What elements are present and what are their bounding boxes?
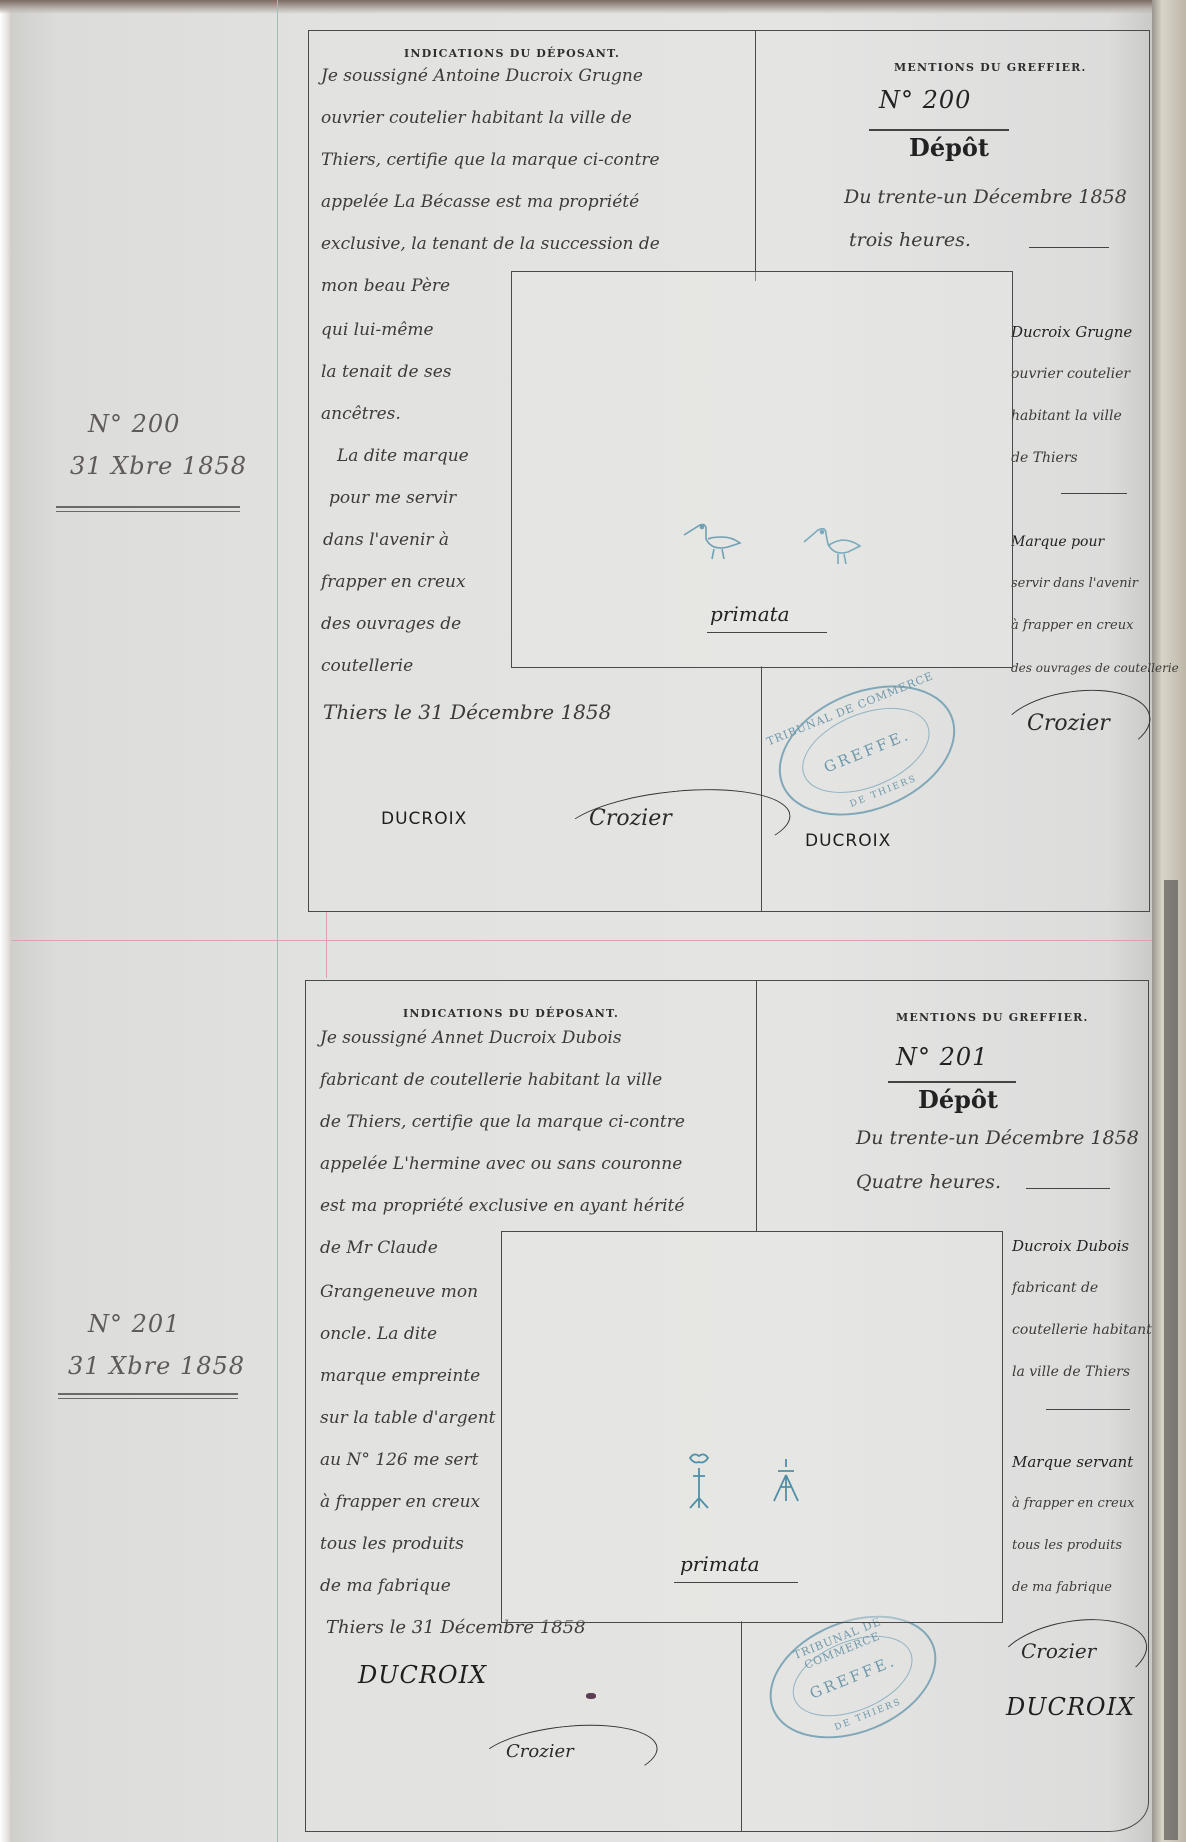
depositor-line: Thiers, certifie que la marque ci-contre <box>321 139 660 181</box>
clerk-note-line: ouvrier coutelier <box>1011 353 1130 395</box>
clerk-entry-number: N° 200 <box>879 86 971 114</box>
clerk-note-line: coutellerie habitant <box>1012 1309 1152 1351</box>
page-top-edge <box>0 0 1186 14</box>
depositor-line: la tenait de ses <box>321 351 451 393</box>
clerk-note-line: Marque servant <box>1012 1441 1133 1483</box>
entry-frame: INDICATIONS DU DÉPOSANT. MENTIONS DU GRE… <box>305 980 1149 1832</box>
margin-underline <box>56 506 240 508</box>
clerk-title: Dépôt <box>918 1085 998 1114</box>
mark-impression-box: primata <box>511 271 1013 668</box>
margin-rule-vertical <box>277 0 278 1842</box>
clerk-note-line: de ma fabrique <box>1012 1567 1112 1609</box>
clerk-note-divider <box>1046 1409 1130 1410</box>
mark-caption: primata <box>680 1552 760 1576</box>
clerk-note-line: Ducroix Dubois <box>1012 1225 1129 1267</box>
clerk-note-line: à frapper en creux <box>1011 605 1133 647</box>
clerk-date-line: Du trente-un Décembre 1858 <box>844 176 1127 218</box>
depositor-line: exclusive, la tenant de la succession de <box>321 223 660 265</box>
column-divider-bottom <box>761 666 762 911</box>
clerk-signature: Crozier <box>1021 1639 1096 1663</box>
depositor-line: à frapper en creux <box>320 1481 480 1523</box>
depositor-line: coutellerie <box>321 645 413 687</box>
depositor-line: est ma propriété exclusive en ayant héri… <box>320 1185 684 1227</box>
clerk-header: MENTIONS DU GREFFIER. <box>896 1011 1089 1024</box>
entry-frame: INDICATIONS DU DÉPOSANT. MENTIONS DU GRE… <box>308 30 1150 912</box>
column-divider-top <box>756 981 757 1231</box>
depositor-line: qui lui-même <box>321 309 434 351</box>
depositor-line: ouvrier coutelier habitant la ville de <box>321 97 632 139</box>
depositor-line: pour me servir <box>329 477 456 519</box>
depositor-line: appelée L'hermine avec ou sans couronne <box>320 1143 682 1185</box>
clerk-time-underline <box>1029 247 1109 248</box>
clerk-note-line: fabricant de <box>1012 1267 1098 1309</box>
depositor-line: dans l'avenir à <box>323 519 449 561</box>
mark-impression-box: primata <box>501 1231 1003 1623</box>
depositor-line: au N° 126 me sert <box>320 1439 478 1481</box>
clerk-note-line: des ouvrages de coutellerie <box>1011 647 1179 689</box>
second-depositor-signature: DUCROIX <box>1006 1693 1135 1721</box>
bird-mark-icon <box>682 517 742 562</box>
margin-entry-number: N° 200 <box>88 410 180 438</box>
depositor-line: ancêtres. <box>321 393 401 435</box>
ermine-mark-icon <box>770 1457 802 1507</box>
depositor-line: oncle. La dite <box>320 1313 437 1355</box>
depositor-line: Je soussigné Antoine Ducroix Grugne <box>321 55 643 97</box>
depositor-line: La dite marque <box>337 435 469 477</box>
depositor-line: frapper en creux <box>321 561 466 603</box>
margin-rule-connector <box>326 912 327 978</box>
clerk-note-line: Marque pour <box>1011 521 1104 563</box>
margin-entry-date: 31 Xbre 1858 <box>68 1352 245 1380</box>
depositor-line: sur la table d'argent <box>320 1397 495 1439</box>
margin-underline-second <box>56 511 240 512</box>
crowned-ermine-mark-icon <box>684 1450 714 1510</box>
depositor-line: Grangeneuve mon <box>320 1271 478 1313</box>
ink-blot <box>586 1693 596 1699</box>
margin-underline-second <box>58 1398 238 1399</box>
column-divider-bottom <box>741 1621 742 1831</box>
clerk-number-underline <box>869 129 1009 131</box>
clerk-number-underline <box>888 1081 1016 1083</box>
depositor-line: de ma fabrique <box>320 1565 451 1607</box>
depositor-line: mon beau Père <box>321 265 450 307</box>
clerk-note-line: tous les produits <box>1012 1525 1122 1567</box>
clerk-note-divider <box>1061 493 1127 494</box>
clerk-note-line: servir dans l'avenir <box>1011 563 1138 605</box>
margin-entry-date: 31 Xbre 1858 <box>70 452 247 480</box>
book-cover-edge <box>1164 880 1178 1840</box>
clerk-note-line: Ducroix Grugne <box>1011 311 1132 353</box>
clerk-signature: Crozier <box>1027 711 1110 736</box>
clerk-note-line: la ville de Thiers <box>1012 1351 1130 1393</box>
depositor-line: de Thiers, certifie que la marque ci-con… <box>320 1101 685 1143</box>
depositor-line: des ouvrages de <box>321 603 461 645</box>
mark-caption-underline <box>674 1582 798 1583</box>
depositor-line: marque empreinte <box>320 1355 480 1397</box>
column-divider-top <box>755 31 756 281</box>
clerk-entry-number: N° 201 <box>896 1043 988 1071</box>
depositor-signature: DUCROIX <box>381 809 467 829</box>
clerk-note-line: à frapper en creux <box>1012 1483 1134 1525</box>
clerk-header: MENTIONS DU GREFFIER. <box>894 61 1087 74</box>
clerk-date-line: Du trente-un Décembre 1858 <box>856 1117 1139 1159</box>
registrar-signature: Crozier <box>589 806 672 831</box>
depositor-signature: DUCROIX <box>358 1661 487 1689</box>
depositor-line: fabricant de coutellerie habitant la vil… <box>320 1059 662 1101</box>
clerk-time-underline <box>1026 1188 1110 1189</box>
margin-underline <box>58 1393 238 1395</box>
depositor-line: de Mr Claude <box>320 1227 438 1269</box>
clerk-time-line: Quatre heures. <box>856 1161 1001 1203</box>
registrar-signature: Crozier <box>506 1741 574 1762</box>
entry-separator-rule <box>12 940 1152 941</box>
margin-entry-number: N° 201 <box>88 1310 180 1338</box>
depositor-line: tous les produits <box>320 1523 464 1565</box>
clerk-note-line: habitant la ville <box>1011 395 1122 437</box>
mark-caption-underline <box>707 632 827 633</box>
second-depositor-signature: DUCROIX <box>805 831 891 851</box>
mark-caption: primata <box>710 602 790 626</box>
page-left-edge <box>0 0 12 1842</box>
depositor-line: Je soussigné Annet Ducroix Dubois <box>320 1017 622 1059</box>
place-date: Thiers le 31 Décembre 1858 <box>323 691 611 733</box>
clerk-note-line: de Thiers <box>1011 437 1078 479</box>
greffe-stamp: TRIBUNAL DE COMMERCE GREFFE. DE THIERS <box>759 661 974 840</box>
clerk-title: Dépôt <box>909 133 989 162</box>
bird-mark-icon <box>802 522 862 567</box>
clerk-time-line: trois heures. <box>849 219 971 261</box>
depositor-line: appelée La Bécasse est ma propriété <box>321 181 639 223</box>
